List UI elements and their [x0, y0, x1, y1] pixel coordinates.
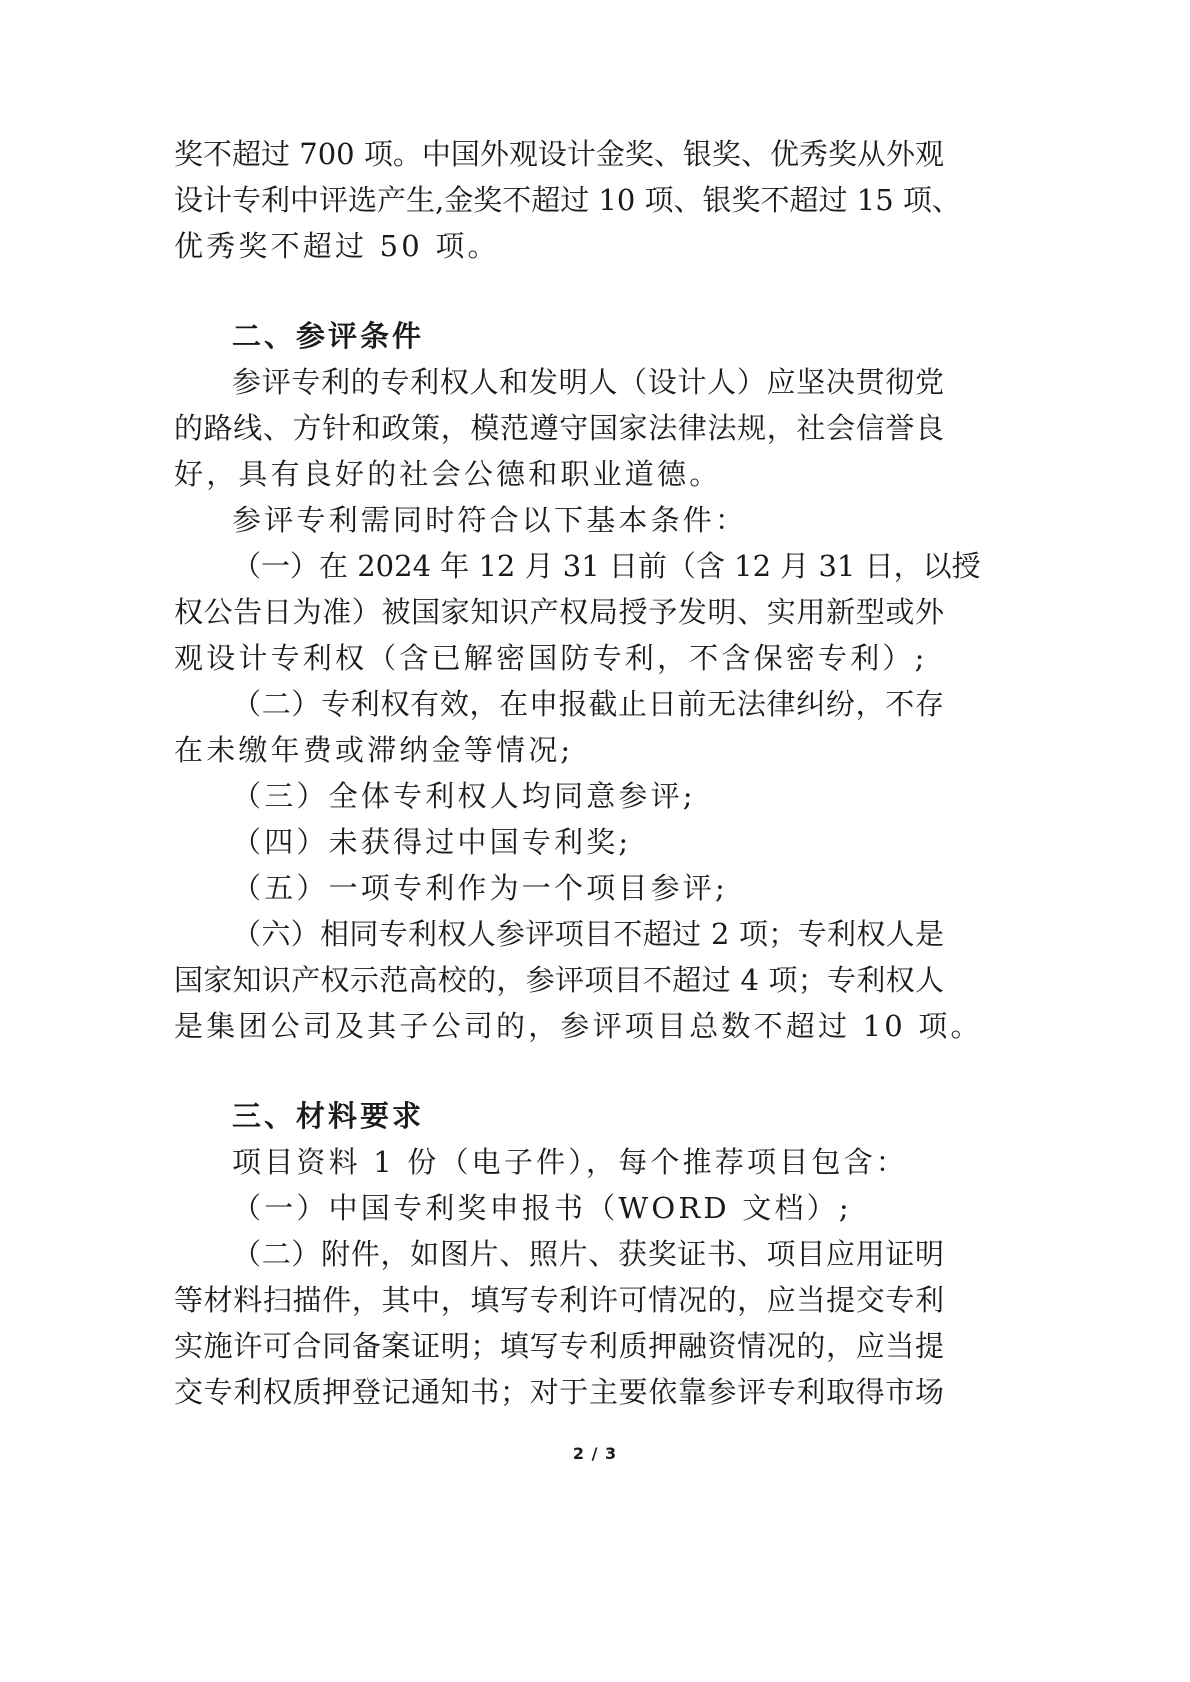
- list-item-4: （四）未获得过中国专利奖;: [232, 824, 944, 860]
- paragraph-line: 好，具有良好的社会公德和职业道德。: [174, 456, 944, 492]
- paragraph-line: 在未缴年费或滞纳金等情况;: [174, 732, 944, 768]
- list-item-1: （一）在 2024 年 12 月 31 日前（含 12 月 31 日，以授: [232, 548, 944, 584]
- section-heading-materials: 三、材料要求: [232, 1098, 1002, 1134]
- list-item-5: （五）一项专利作为一个项目参评;: [232, 870, 944, 906]
- paragraph-line: 等材料扫描件，其中，填写专利许可情况的，应当提交专利: [174, 1282, 944, 1318]
- paragraph-line: 是集团公司及其子公司的，参评项目总数不超过 10 项。: [174, 1008, 944, 1044]
- paragraph-line: 优秀奖不超过 50 项。: [174, 228, 944, 264]
- list-item-1: （一）中国专利奖申报书（WORD 文档）;: [232, 1190, 944, 1226]
- paragraph-line: 国家知识产权示范高校的，参评项目不超过 4 项；专利权人: [174, 962, 944, 998]
- list-item-3: （三）全体专利权人均同意参评;: [232, 778, 944, 814]
- paragraph-line: 实施许可合同备案证明；填写专利质押融资情况的，应当提: [174, 1328, 944, 1364]
- paragraph-line: 观设计专利权（含已解密国防专利，不含保密专利）;: [174, 640, 944, 676]
- paragraph-line: 的路线、方针和政策，模范遵守国家法律法规，社会信誉良: [174, 410, 944, 446]
- document-page: 奖不超过 700 项。中国外观设计金奖、银奖、优秀奖从外观 设计专利中评选产生,…: [0, 0, 1190, 1682]
- list-item-2: （二）附件，如图片、照片、获奖证书、项目应用证明: [232, 1236, 944, 1272]
- paragraph-line: 项目资料 1 份（电子件），每个推荐项目包含：: [232, 1144, 944, 1180]
- section-heading-eligibility: 二、参评条件: [232, 318, 1002, 354]
- list-item-2: （二）专利权有效，在申报截止日前无法律纠纷，不存: [232, 686, 944, 722]
- paragraph-line: 参评专利需同时符合以下基本条件：: [232, 502, 944, 538]
- paragraph-line: 参评专利的专利权人和发明人（设计人）应坚决贯彻党: [232, 364, 944, 400]
- paragraph-line: 权公告日为准）被国家知识产权局授予发明、实用新型或外: [174, 594, 944, 630]
- paragraph-line: 设计专利中评选产生,金奖不超过 10 项、银奖不超过 15 项、: [174, 182, 944, 218]
- page-number: 2 / 3: [0, 1444, 1190, 1463]
- paragraph-line: 奖不超过 700 项。中国外观设计金奖、银奖、优秀奖从外观: [174, 136, 944, 172]
- list-item-6: （六）相同专利权人参评项目不超过 2 项；专利权人是: [232, 916, 944, 952]
- paragraph-line: 交专利权质押登记通知书；对于主要依靠参评专利取得市场: [174, 1374, 944, 1410]
